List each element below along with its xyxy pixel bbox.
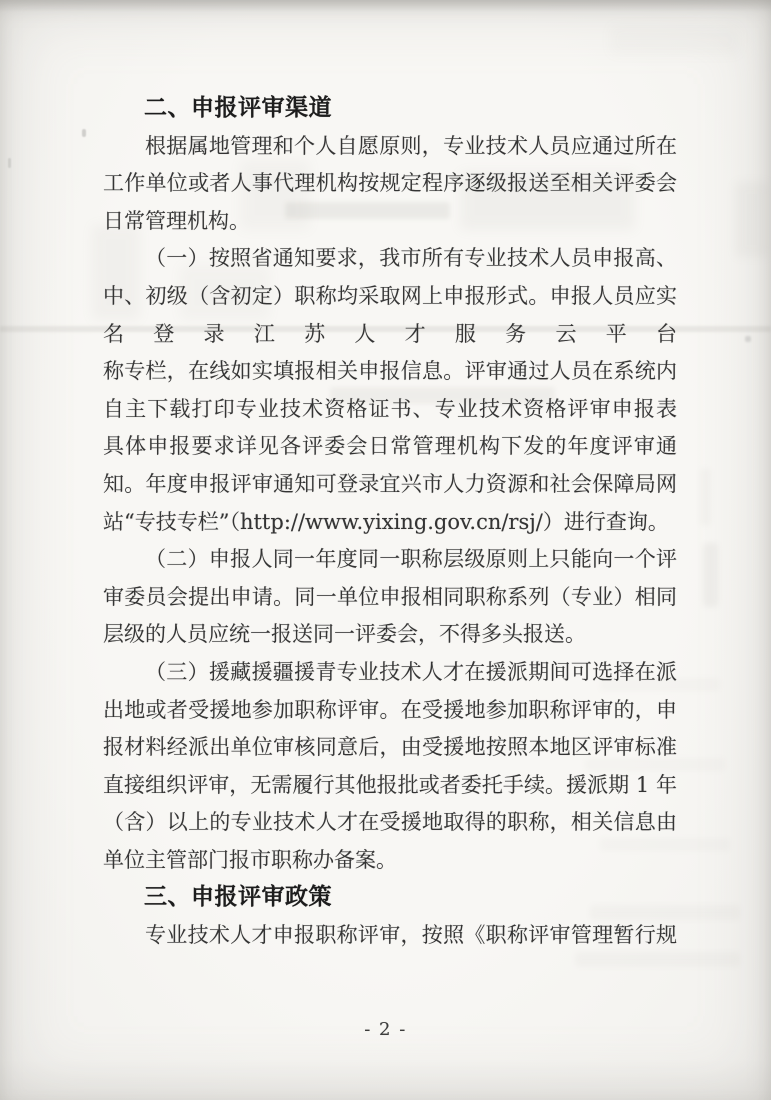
text-line: 直接组织评审，无需履行其他报批或者委托手续。援派期 1 年	[103, 767, 677, 805]
bleed-through-smudge	[610, 25, 740, 55]
section-heading: 三、申报评审政策	[103, 879, 677, 917]
text-line: 名登录江苏人才服务云平台（https://www.jssrcfwypt.org.…	[103, 316, 677, 354]
text-line: 自主下载打印专业技术资格证书、专业技术资格评审申报表等，	[103, 391, 677, 429]
text-line: 报材料经派出单位审核同意后，由受援地按照本地区评审标准	[103, 729, 677, 767]
text-line: 出地或者受援地参加职称评审。在受援地参加职称评审的，申	[103, 692, 677, 730]
text-line: 中、初级（含初定）职称均采取网上申报形式。申报人员应实	[103, 278, 677, 316]
text-line: 工作单位或者人事代理机构按规定程序逐级报送至相关评委会	[103, 165, 677, 203]
section-heading: 二、申报评审渠道	[103, 90, 677, 128]
text-line: 具体申报要求详见各评委会日常管理机构下发的年度评审通	[103, 428, 677, 466]
scan-speck	[745, 336, 751, 342]
text-line: 知。年度申报评审通知可登录宜兴市人力资源和社会保障局网	[103, 466, 677, 504]
text-line: （一）按照省通知要求，我市所有专业技术人员申报高、	[103, 240, 677, 278]
text-line: 称专栏，在线如实填报相关申报信息。评审通过人员在系统内	[103, 353, 677, 391]
text-line: 根据属地管理和个人自愿原则，专业技术人员应通过所在	[103, 128, 677, 166]
text-line: （含）以上的专业技术人才在受援地取得的职称，相关信息由	[103, 804, 677, 842]
bleed-through-smudge	[703, 543, 718, 607]
document-body: 二、申报评审渠道根据属地管理和个人自愿原则，专业技术人员应通过所在工作单位或者人…	[103, 90, 677, 955]
text-line: 站“专技专栏”（http://www.yixing.gov.cn/rsj/）进行…	[103, 504, 677, 542]
text-line: 日常管理机构。	[103, 203, 677, 241]
scan-speck	[82, 129, 86, 137]
scan-speck	[8, 158, 11, 168]
bleed-through-smudge	[735, 182, 769, 257]
text-line: （三）援藏援疆援青专业技术人才在援派期间可选择在派	[103, 654, 677, 692]
text-line: 专业技术人才申报职称评审，按照《职称评审管理暂行规	[103, 917, 677, 955]
scanned-document-page: 二、申报评审渠道根据属地管理和个人自愿原则，专业技术人员应通过所在工作单位或者人…	[0, 0, 771, 1100]
text-line: 层级的人员应统一报送同一评委会，不得多头报送。	[103, 616, 677, 654]
text-line: 审委员会提出申请。同一单位申报相同职称系列（专业）相同	[103, 579, 677, 617]
page-number: - 2 -	[0, 1019, 771, 1040]
text-line: （二）申报人同一年度同一职称层级原则上只能向一个评	[103, 541, 677, 579]
bleed-through-smudge	[700, 468, 711, 526]
text-line: 单位主管部门报市职称办备案。	[103, 842, 677, 880]
